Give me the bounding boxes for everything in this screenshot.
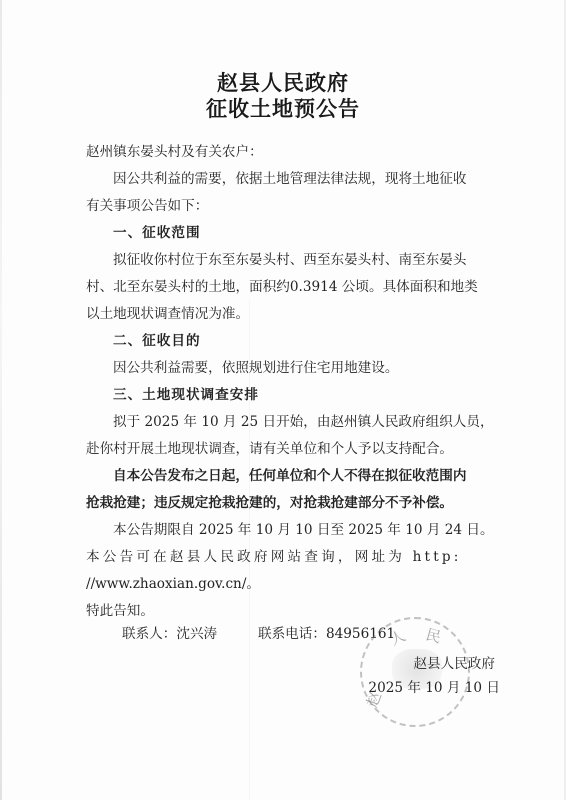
website-url: //www.zhaoxian.gov.cn/。	[86, 575, 486, 593]
document-page: 赵县人民政府 征收土地预公告 赵州镇东晏头村及有关农户： 因公共利益的需要，依据…	[0, 0, 566, 800]
contact-person: 联系人：沈兴涛	[122, 622, 217, 642]
signature-org: 赵县人民政府	[0, 652, 495, 672]
section-heading-survey: 三、土地现状调查安排	[113, 386, 513, 404]
section-text: 拟征收你村位于东至东晏头村、西至东晏头村、南至东晏头	[113, 251, 513, 269]
website-text: 本公告可在赵县人民政府网站查询，网址为 http:	[86, 548, 486, 566]
official-seal: 人 民 赵	[360, 617, 470, 727]
intro-line: 有关事项公告如下：	[86, 197, 486, 215]
notice-period: 本公告期限自 2025 年 10 月 10 日至 2025 年 10 月 24 …	[113, 521, 513, 539]
warning-text: 自本公告发布之日起，任何单位和个人不得在拟征收范围内	[113, 467, 513, 485]
document-title: 征收土地预公告	[0, 93, 566, 123]
seal-char: 人	[386, 625, 408, 650]
warning-text: 抢栽抢建；违反规定抢栽抢建的，对抢栽抢建部分不予补偿。	[86, 494, 486, 512]
seal-char: 民	[424, 623, 444, 647]
section-heading-purpose: 二、征收目的	[113, 332, 513, 350]
addressee: 赵州镇东晏头村及有关农户：	[86, 143, 486, 161]
signature-date: 2025 年 10 月 10 日	[0, 676, 500, 696]
section-text: 拟于 2025 年 10 月 25 日开始，由赵州镇人民政府组织人员，	[113, 413, 513, 431]
section-heading-scope: 一、征收范围	[113, 224, 513, 242]
section-text: 赴你村开展土地现状调查，请有关单位和个人予以支持配合。	[86, 440, 486, 458]
section-text: 因公共利益需要，依照规划进行住宅用地建设。	[113, 359, 513, 377]
section-text: 村、北至东晏头村的土地，面积约0.3914 公顷。具体面积和地类	[86, 278, 486, 296]
section-text: 以土地现状调查情况为准。	[86, 305, 486, 323]
intro-line: 因公共利益的需要，依据土地管理法律法规，现将土地征收	[113, 170, 513, 188]
